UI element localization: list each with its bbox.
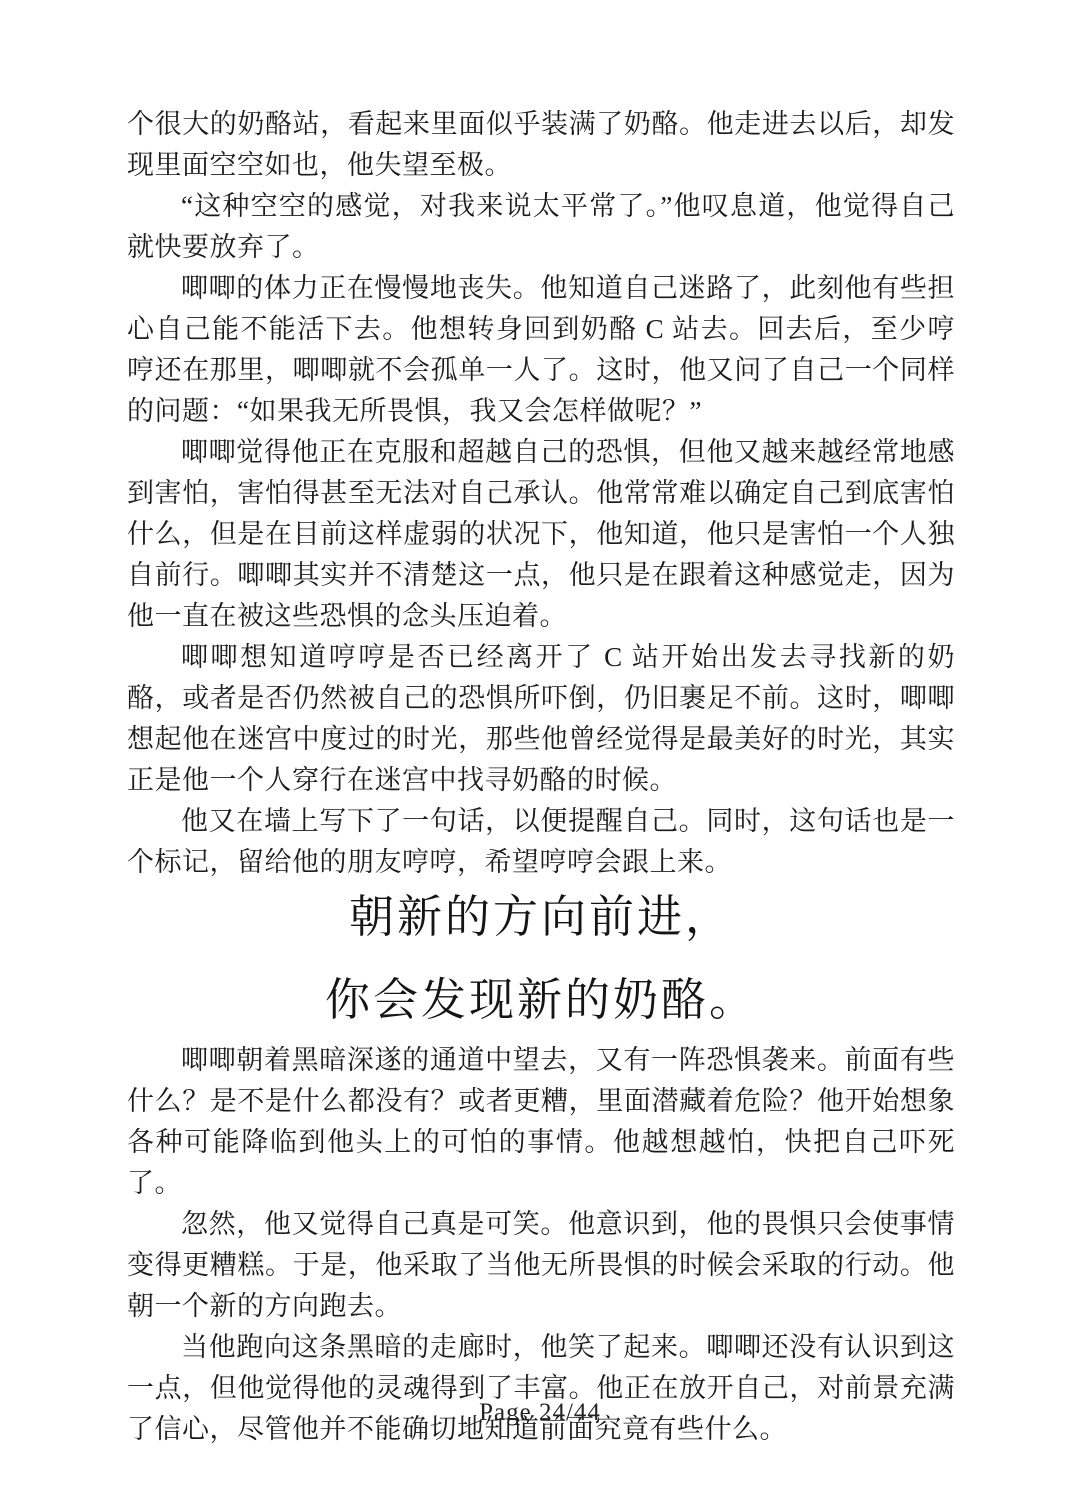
paragraph: 他又在墙上写下了一句话，以便提醒自己。同时，这句话也是一个标记，留给他的朋友哼哼… (127, 801, 955, 883)
paragraph: “这种空空的感觉，对我来说太平常了。”他叹息道，他觉得自己就快要放弃了。 (127, 186, 955, 268)
page-body-text: 个很大的奶酪站，看起来里面似乎装满了奶酪。他走进去以后，却发现里面空空如也，他失… (127, 104, 955, 1450)
page-number: Page 24/44 (0, 1398, 1080, 1428)
paragraph: 唧唧朝着黑暗深遂的通道中望去，又有一阵恐惧袭来。前面有些什么？是不是什么都没有？… (127, 1040, 955, 1204)
book-page: 个很大的奶酪站，看起来里面似乎装满了奶酪。他走进去以后，却发现里面空空如也，他失… (0, 0, 1080, 1493)
paragraph: 唧唧觉得他正在克服和超越自己的恐惧，但他又越来越经常地感到害怕，害怕得甚至无法对… (127, 432, 955, 637)
wall-quote-line-2: 你会发现新的奶酪。 (127, 968, 955, 1032)
paragraph: 当他跑向这条黑暗的走廊时，他笑了起来。唧唧还没有认识到这一点，但他觉得他的灵魂得… (127, 1327, 955, 1450)
wall-quote-line-1: 朝新的方向前进， (127, 885, 955, 949)
paragraph: 唧唧的体力正在慢慢地丧失。他知道自己迷路了，此刻他有些担心自己能不能活下去。他想… (127, 268, 955, 432)
paragraph: 忽然，他又觉得自己真是可笑。他意识到，他的畏惧只会使事情变得更糟糕。于是，他采取… (127, 1204, 955, 1327)
paragraph: 唧唧想知道哼哼是否已经离开了 C 站开始出发去寻找新的奶酪，或者是否仍然被自己的… (127, 637, 955, 801)
paragraph-continuation: 个很大的奶酪站，看起来里面似乎装满了奶酪。他走进去以后，却发现里面空空如也，他失… (127, 104, 955, 186)
